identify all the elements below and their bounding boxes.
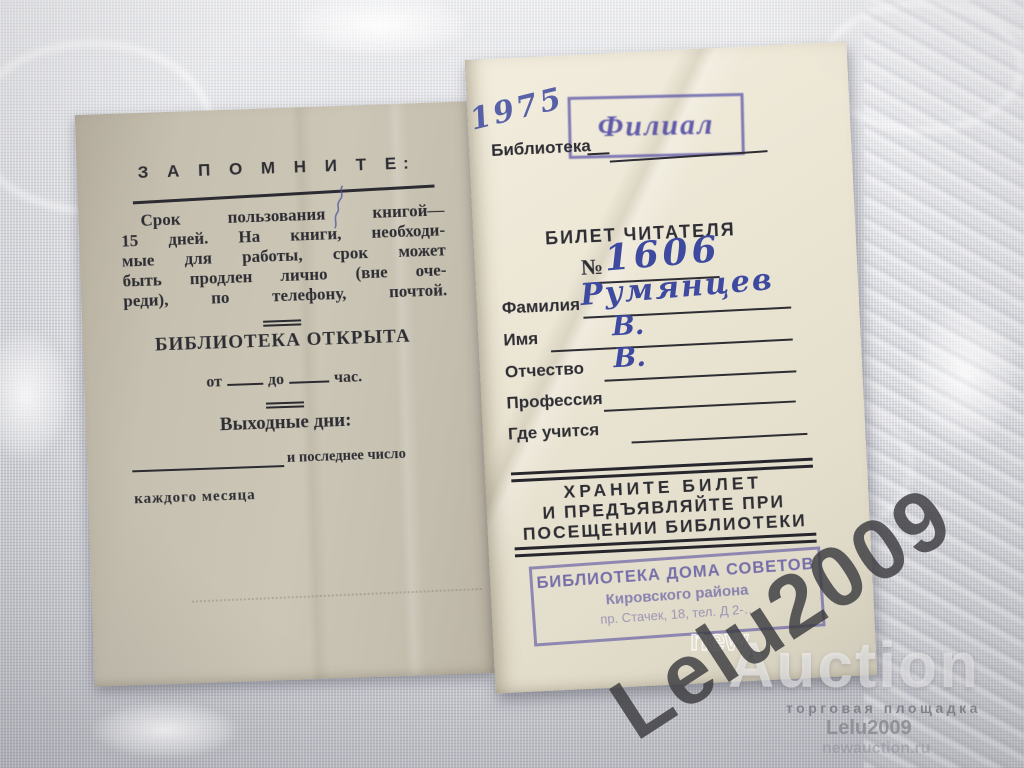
lace-border-strip	[864, 0, 1024, 768]
lace-flourish	[60, 690, 270, 768]
hours-from-label: от	[206, 373, 222, 391]
branch-stamp-text: Филиал	[597, 108, 714, 145]
open-hours-line: отдочас.	[84, 363, 484, 396]
field-label: Отчество	[505, 359, 585, 383]
field-underline	[551, 339, 793, 353]
heading-rule	[133, 184, 435, 203]
field-value-handwritten: В.	[613, 342, 647, 375]
handwritten-year: 1975	[466, 81, 567, 138]
card-left-page: З А П О М Н И Т Е: Срок пользования книг…	[75, 101, 495, 687]
hours-to-label: до	[268, 371, 285, 389]
branch-stamp: Филиал	[567, 93, 744, 159]
field-label: Профессия	[506, 389, 603, 414]
show-through-impression	[192, 588, 482, 603]
library-card: З А П О М Н И Т Е: Срок пользования книг…	[39, 44, 872, 700]
remember-heading: З А П О М Н И Т Е:	[77, 151, 477, 185]
last-number-text: и последнее число	[287, 446, 406, 467]
hours-blank	[227, 371, 263, 386]
last-number-text-2: каждого месяца	[134, 487, 256, 508]
field-label: Имя	[503, 329, 539, 351]
usage-paragraph: Срок пользования книгой— 15 дней. На кни…	[120, 200, 447, 311]
field-underline	[632, 433, 808, 444]
field-label: Фамилия	[501, 295, 580, 319]
field-underline	[604, 400, 796, 411]
blank-line	[132, 450, 285, 472]
field-value-handwritten: В.	[611, 310, 645, 343]
ink-squiggle	[320, 184, 352, 230]
last-number-line: и последнее число	[132, 446, 406, 473]
hours-blank	[289, 368, 329, 383]
library-stamp: БИБЛИОТЕКА ДОМА СОВЕТОВ Кировского район…	[529, 546, 826, 646]
field-label: Где учится	[508, 420, 600, 444]
hours-unit-label: час.	[334, 368, 363, 386]
card-right-page: 1975 Филиал Библиотека БИЛЕТ ЧИТАТЕЛЯ № …	[465, 42, 878, 694]
